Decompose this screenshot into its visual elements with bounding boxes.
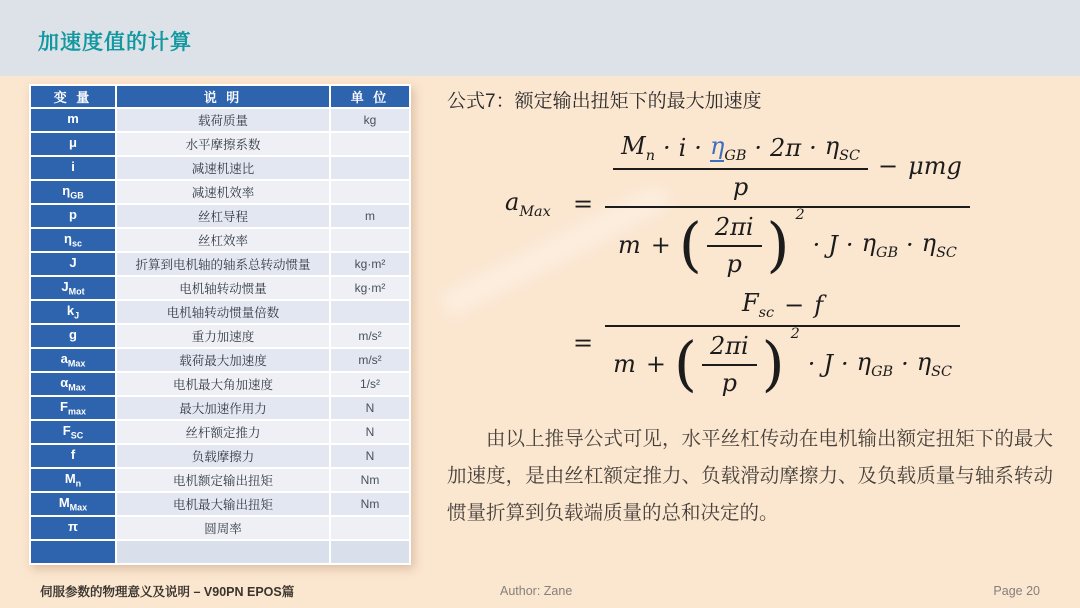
unit-cell: N — [331, 421, 409, 443]
unit-cell — [331, 301, 409, 323]
description-cell: 圆周率 — [117, 517, 329, 539]
description-cell: 载荷质量 — [117, 109, 329, 131]
variable-cell — [31, 541, 115, 563]
variable-cell: i — [31, 157, 115, 179]
description-cell: 载荷最大加速度 — [117, 349, 329, 371]
table-row: π圆周率 — [31, 517, 409, 539]
table-row: Fmax最大加速作用力N — [31, 397, 409, 419]
variables-table: 变 量 说 明 单 位 m载荷质量kg μ水平摩擦系数 i减速机速比 ηGB减速… — [29, 84, 411, 565]
equals-sign: = — [571, 190, 595, 218]
table-row: i减速机速比 — [31, 157, 409, 179]
col-header-variable: 变 量 — [31, 86, 115, 107]
description-cell: 重力加速度 — [117, 325, 329, 347]
unit-cell: kg·m² — [331, 277, 409, 299]
variable-cell: m — [31, 109, 115, 131]
description-cell: 丝杠导程 — [117, 205, 329, 227]
unit-cell — [331, 517, 409, 539]
formula-1-lhs: aMax — [505, 188, 561, 220]
description-cell: 减速机速比 — [117, 157, 329, 179]
footer-doc-title: 伺服参数的物理意义及说明 – V90PN EPOS篇 — [40, 582, 294, 600]
slide: 加速度值的计算 变 量 说 明 单 位 m载荷质量kg μ水平摩擦系数 i减速机… — [0, 0, 1080, 608]
table-row: MMax电机最大输出扭矩Nm — [31, 493, 409, 515]
table-row: g重力加速度m/s² — [31, 325, 409, 347]
unit-cell — [331, 181, 409, 203]
inner-fraction: Mn · i · ηGB · 2π · ηSC p — [613, 130, 868, 202]
description-cell: 电机轴转动惯量 — [117, 277, 329, 299]
unit-cell: N — [331, 445, 409, 467]
page-title: 加速度值的计算 — [38, 26, 192, 56]
unit-cell: kg·m² — [331, 253, 409, 275]
unit-cell — [331, 157, 409, 179]
unit-cell — [331, 229, 409, 251]
table-row — [31, 541, 409, 563]
variable-cell: MMax — [31, 493, 115, 515]
unit-cell: 1/s² — [331, 373, 409, 395]
table-row: αMax电机最大角加速度1/s² — [31, 373, 409, 395]
paren-fraction: 2πi p — [702, 330, 757, 398]
title-bar: 加速度值的计算 — [0, 0, 1080, 76]
unit-cell: N — [331, 397, 409, 419]
description-cell: 丝杠效率 — [117, 229, 329, 251]
unit-cell: kg — [331, 109, 409, 131]
footer-author: Author: Zane — [500, 584, 572, 598]
variable-cell: p — [31, 205, 115, 227]
description-cell: 水平摩擦系数 — [117, 133, 329, 155]
description-cell — [117, 541, 329, 563]
unit-cell — [331, 541, 409, 563]
unit-cell: Nm — [331, 493, 409, 515]
variable-cell: Fmax — [31, 397, 115, 419]
variable-cell: aMax — [31, 349, 115, 371]
variable-cell: αMax — [31, 373, 115, 395]
variable-cell: g — [31, 325, 115, 347]
table-row: μ水平摩擦系数 — [31, 133, 409, 155]
variable-cell: JMot — [31, 277, 115, 299]
variable-cell: μ — [31, 133, 115, 155]
formula-1: aMax = Mn · i · ηGB · 2π — [505, 128, 970, 280]
description-cell: 电机轴转动惯量倍数 — [117, 301, 329, 323]
unit-cell: m — [331, 205, 409, 227]
table-row: p丝杠导程m — [31, 205, 409, 227]
variable-cell: FSC — [31, 421, 115, 443]
eta-gb-link: ηGB — [710, 132, 746, 164]
unit-cell: m/s² — [331, 349, 409, 371]
table-row: f负载摩擦力N — [31, 445, 409, 467]
variable-cell: ηsc — [31, 229, 115, 251]
formula-heading: 公式7：额定输出扭矩下的最大加速度 — [447, 86, 762, 113]
table-row: ηGB减速机效率 — [31, 181, 409, 203]
footer-page-number: Page 20 — [993, 584, 1040, 598]
formula-2: = Fsc − f m + ( 2πi p ) — [505, 287, 960, 399]
table-row: aMax载荷最大加速度m/s² — [31, 349, 409, 371]
unit-cell: Nm — [331, 469, 409, 491]
description-cell: 电机最大角加速度 — [117, 373, 329, 395]
description-cell: 折算到电机轴的轴系总转动惯量 — [117, 253, 329, 275]
denominator: m + ( 2πi p ) 2 · J · ηGB · ηSC — [618, 211, 957, 279]
table-row: kJ电机轴转动惯量倍数 — [31, 301, 409, 323]
col-header-unit: 单 位 — [331, 86, 409, 107]
description-cell: 电机额定输出扭矩 — [117, 469, 329, 491]
variable-cell: π — [31, 517, 115, 539]
variable-cell: ηGB — [31, 181, 115, 203]
equals-sign: = — [571, 329, 595, 357]
variable-cell: J — [31, 253, 115, 275]
description-cell: 电机最大输出扭矩 — [117, 493, 329, 515]
variable-cell: kJ — [31, 301, 115, 323]
formula-2-fraction: Fsc − f m + ( 2πi p ) 2 · J — [605, 287, 960, 399]
description-cell: 负载摩擦力 — [117, 445, 329, 467]
variable-cell: Mn — [31, 469, 115, 491]
description-cell: 减速机效率 — [117, 181, 329, 203]
denominator: m + ( 2πi p ) 2 · J · ηGB · ηSC — [613, 330, 952, 398]
unit-cell — [331, 133, 409, 155]
unit-cell: m/s² — [331, 325, 409, 347]
description-cell: 最大加速作用力 — [117, 397, 329, 419]
description-cell: 丝杆额定推力 — [117, 421, 329, 443]
table-row: FSC丝杆额定推力N — [31, 421, 409, 443]
table-header-row: 变 量 说 明 单 位 — [31, 86, 409, 107]
table-row: Mn电机额定输出扭矩Nm — [31, 469, 409, 491]
table-row: m载荷质量kg — [31, 109, 409, 131]
table-row: JMot电机轴转动惯量kg·m² — [31, 277, 409, 299]
formula-1-fraction: Mn · i · ηGB · 2π · ηSC p — [605, 128, 970, 280]
footer: 伺服参数的物理意义及说明 – V90PN EPOS篇 Author: Zane … — [0, 580, 1080, 602]
col-header-description: 说 明 — [117, 86, 329, 107]
table-row: J折算到电机轴的轴系总转动惯量kg·m² — [31, 253, 409, 275]
body-paragraph: 由以上推导公式可见，水平丝杠传动在电机输出额定扭矩下的最大加速度，是由丝杠额定推… — [447, 421, 1053, 532]
table-row: ηsc丝杠效率 — [31, 229, 409, 251]
paren-fraction: 2πi p — [707, 211, 762, 279]
variable-cell: f — [31, 445, 115, 467]
